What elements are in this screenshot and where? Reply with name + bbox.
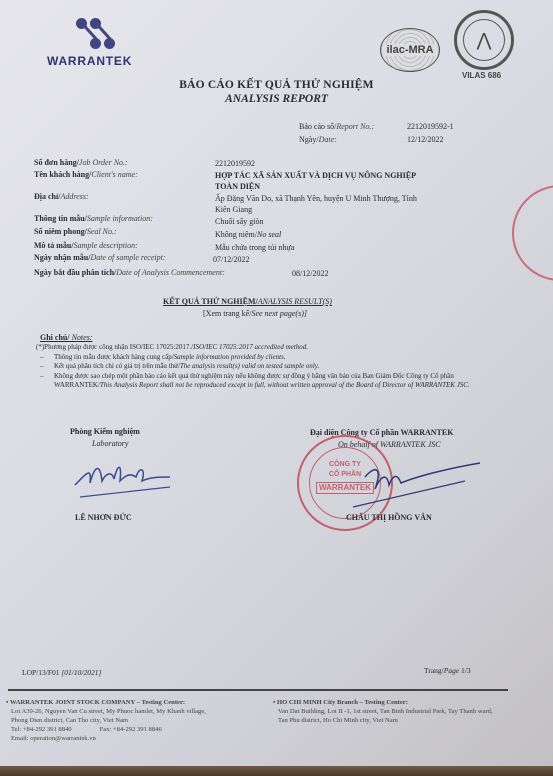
address-label: Địa chỉ/Address: <box>34 192 89 201</box>
lab-title-vi: Phòng Kiểm nghiệm <box>70 427 140 436</box>
note-item: –Không được sao chép một phần báo cáo kế… <box>36 372 506 391</box>
note-item: (*)Phương pháp được công nhận ISO/IEC 17… <box>36 343 506 353</box>
brand-name: WARRANTEK <box>47 54 132 68</box>
seal-no-value: Không niêm/No seal <box>215 230 281 239</box>
report-no-value: 2212019592-1 <box>407 122 454 131</box>
lab-title-en: Laboratory <box>92 439 128 448</box>
footer-divider <box>8 689 508 691</box>
form-code: LOP/13/F01 [01/10/2021] <box>22 668 101 677</box>
notes-list: (*)Phương pháp được công nhận ISO/IEC 17… <box>36 343 506 391</box>
sample-description-label: Mô tả mẫu/Sample description: <box>34 241 138 250</box>
lab-signer-name: LÊ NHƠN ĐỨC <box>75 513 132 522</box>
report-no-label: Báo cáo số/Report No.: <box>299 122 374 131</box>
client-name-value: HỢP TÁC XÃ SẢN XUẤT VÀ DỊCH VỤ NÔNG NGHI… <box>215 171 416 180</box>
hq-address-block: • WARRANTEK JOINT STOCK COMPANY – Testin… <box>6 698 266 743</box>
seal-no-label: Số niêm phong/Seal No.: <box>34 227 117 236</box>
client-name-label: Tên khách hàng/Client's name: <box>34 170 138 179</box>
company-signature-icon <box>345 455 485 515</box>
warrantek-logo <box>62 15 122 51</box>
company-signer-name: CHÂU THỊ HỒNG VÂN <box>346 513 432 522</box>
boa-accreditation-badge-icon: ⋀ <box>454 10 514 70</box>
address-value-cont: Kiên Giang <box>215 205 252 214</box>
report-page: WARRANTEK ilac-MRA ⋀ VILAS 686 BÁO CÁO K… <box>0 0 553 768</box>
edge-stamp-icon <box>512 185 553 281</box>
note-item: –Kết quả phân tích chỉ có giá trị trên m… <box>36 362 506 372</box>
results-heading: KẾT QUẢ THỬ NGHIỆM/ANALYSIS RESULT(S) <box>163 297 332 306</box>
client-name-value-cont: TOÀN DIỆN <box>215 182 260 191</box>
job-order-label: Số đơn hàng/Job Order No.: <box>34 158 128 167</box>
commencement-date-label: Ngày bắt đầu phân tích/Date of Analysis … <box>34 268 225 277</box>
branch-address-block: • HO CHI MINH City Branch – Testing Cent… <box>273 698 553 725</box>
note-item: –Thông tin mẫu được khách hàng cung cấp/… <box>36 353 506 363</box>
sample-description-value: Mẫu chứa trong túi nhựa <box>215 243 294 252</box>
date-label: Ngày/Date: <box>299 135 337 144</box>
job-order-value: 2212019592 <box>215 159 255 168</box>
ilac-mra-badge-icon: ilac-MRA <box>380 28 440 72</box>
table-surface <box>0 766 553 776</box>
date-value: 12/12/2022 <box>407 135 443 144</box>
sample-info-value: Chuối sấy giòn <box>215 217 263 226</box>
notes-heading: Ghi chú/ Notes: <box>40 333 92 342</box>
address-value: Ấp Đặng Văn Do, xã Thạnh Yên, huyện U Mi… <box>215 194 417 203</box>
commencement-date-value: 08/12/2022 <box>292 269 328 278</box>
see-next-page: [Xem trang kế/See next page(s)] <box>203 309 307 318</box>
company-rep-title-vi: Đại diện Công ty Cổ phần WARRANTEK <box>310 428 453 437</box>
report-title-en: ANALYSIS REPORT <box>0 93 553 105</box>
receipt-date-value: 07/12/2022 <box>213 255 249 264</box>
sample-info-label: Thông tin mẫu/Sample information: <box>34 214 153 223</box>
report-title-vi: BÁO CÁO KẾT QUẢ THỬ NGHIỆM <box>0 79 553 91</box>
page-number: Trang/Page 1/3 <box>424 666 471 675</box>
receipt-date-label: Ngày nhận mẫu/Date of sample receipt: <box>34 253 165 262</box>
lab-signature-icon <box>70 455 180 500</box>
logo-mark-icon <box>62 15 122 51</box>
